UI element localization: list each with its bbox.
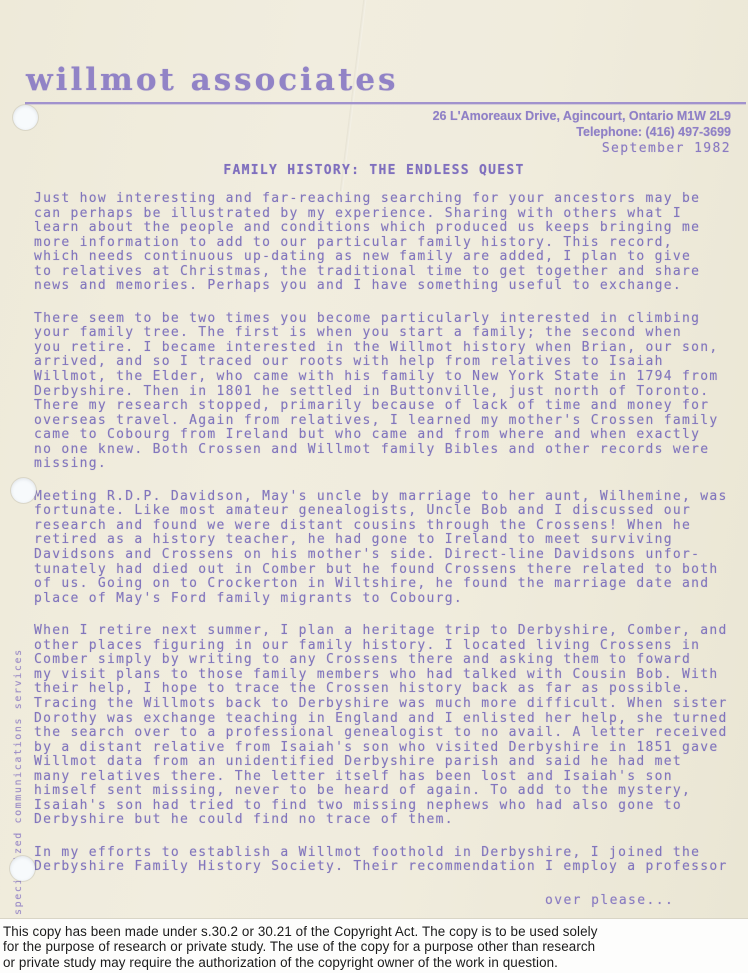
paragraph-4: When I retire next summer, I plan a heri… (34, 624, 740, 828)
paragraph-3: Meeting R.D.P. Davidson, May's uncle by … (34, 490, 740, 606)
letter-body: Just how interesting and far-reaching se… (34, 192, 740, 893)
paragraph-1: Just how interesting and far-reaching se… (34, 192, 740, 294)
paragraph-2: There seem to be two times you become pa… (34, 312, 740, 472)
over-please-note: over please... (545, 893, 674, 908)
letterhead-contact-block: 26 L'Amoreaux Drive, Agincourt, Ontario … (433, 108, 731, 158)
letterhead-telephone: Telephone: (416) 497-3699 (433, 124, 731, 140)
paragraph-5: In my efforts to establish a Willmot foo… (34, 846, 740, 875)
punch-hole-top (13, 105, 38, 130)
copyright-notice: This copy has been made under s.30.2 or … (3, 924, 747, 970)
letter-date: September 1982 (433, 140, 731, 158)
letter-title: FAMILY HISTORY: THE ENDLESS QUEST (0, 163, 748, 178)
scanned-letter-page: willmot associates 26 L'Amoreaux Drive, … (0, 0, 748, 973)
letterhead-rule (25, 102, 746, 104)
punch-hole-middle (11, 478, 36, 503)
letter-paper: willmot associates 26 L'Amoreaux Drive, … (0, 0, 748, 919)
letterhead-company-name: willmot associates (26, 62, 399, 98)
letterhead-address: 26 L'Amoreaux Drive, Agincourt, Ontario … (433, 108, 731, 124)
punch-hole-bottom (10, 856, 35, 881)
